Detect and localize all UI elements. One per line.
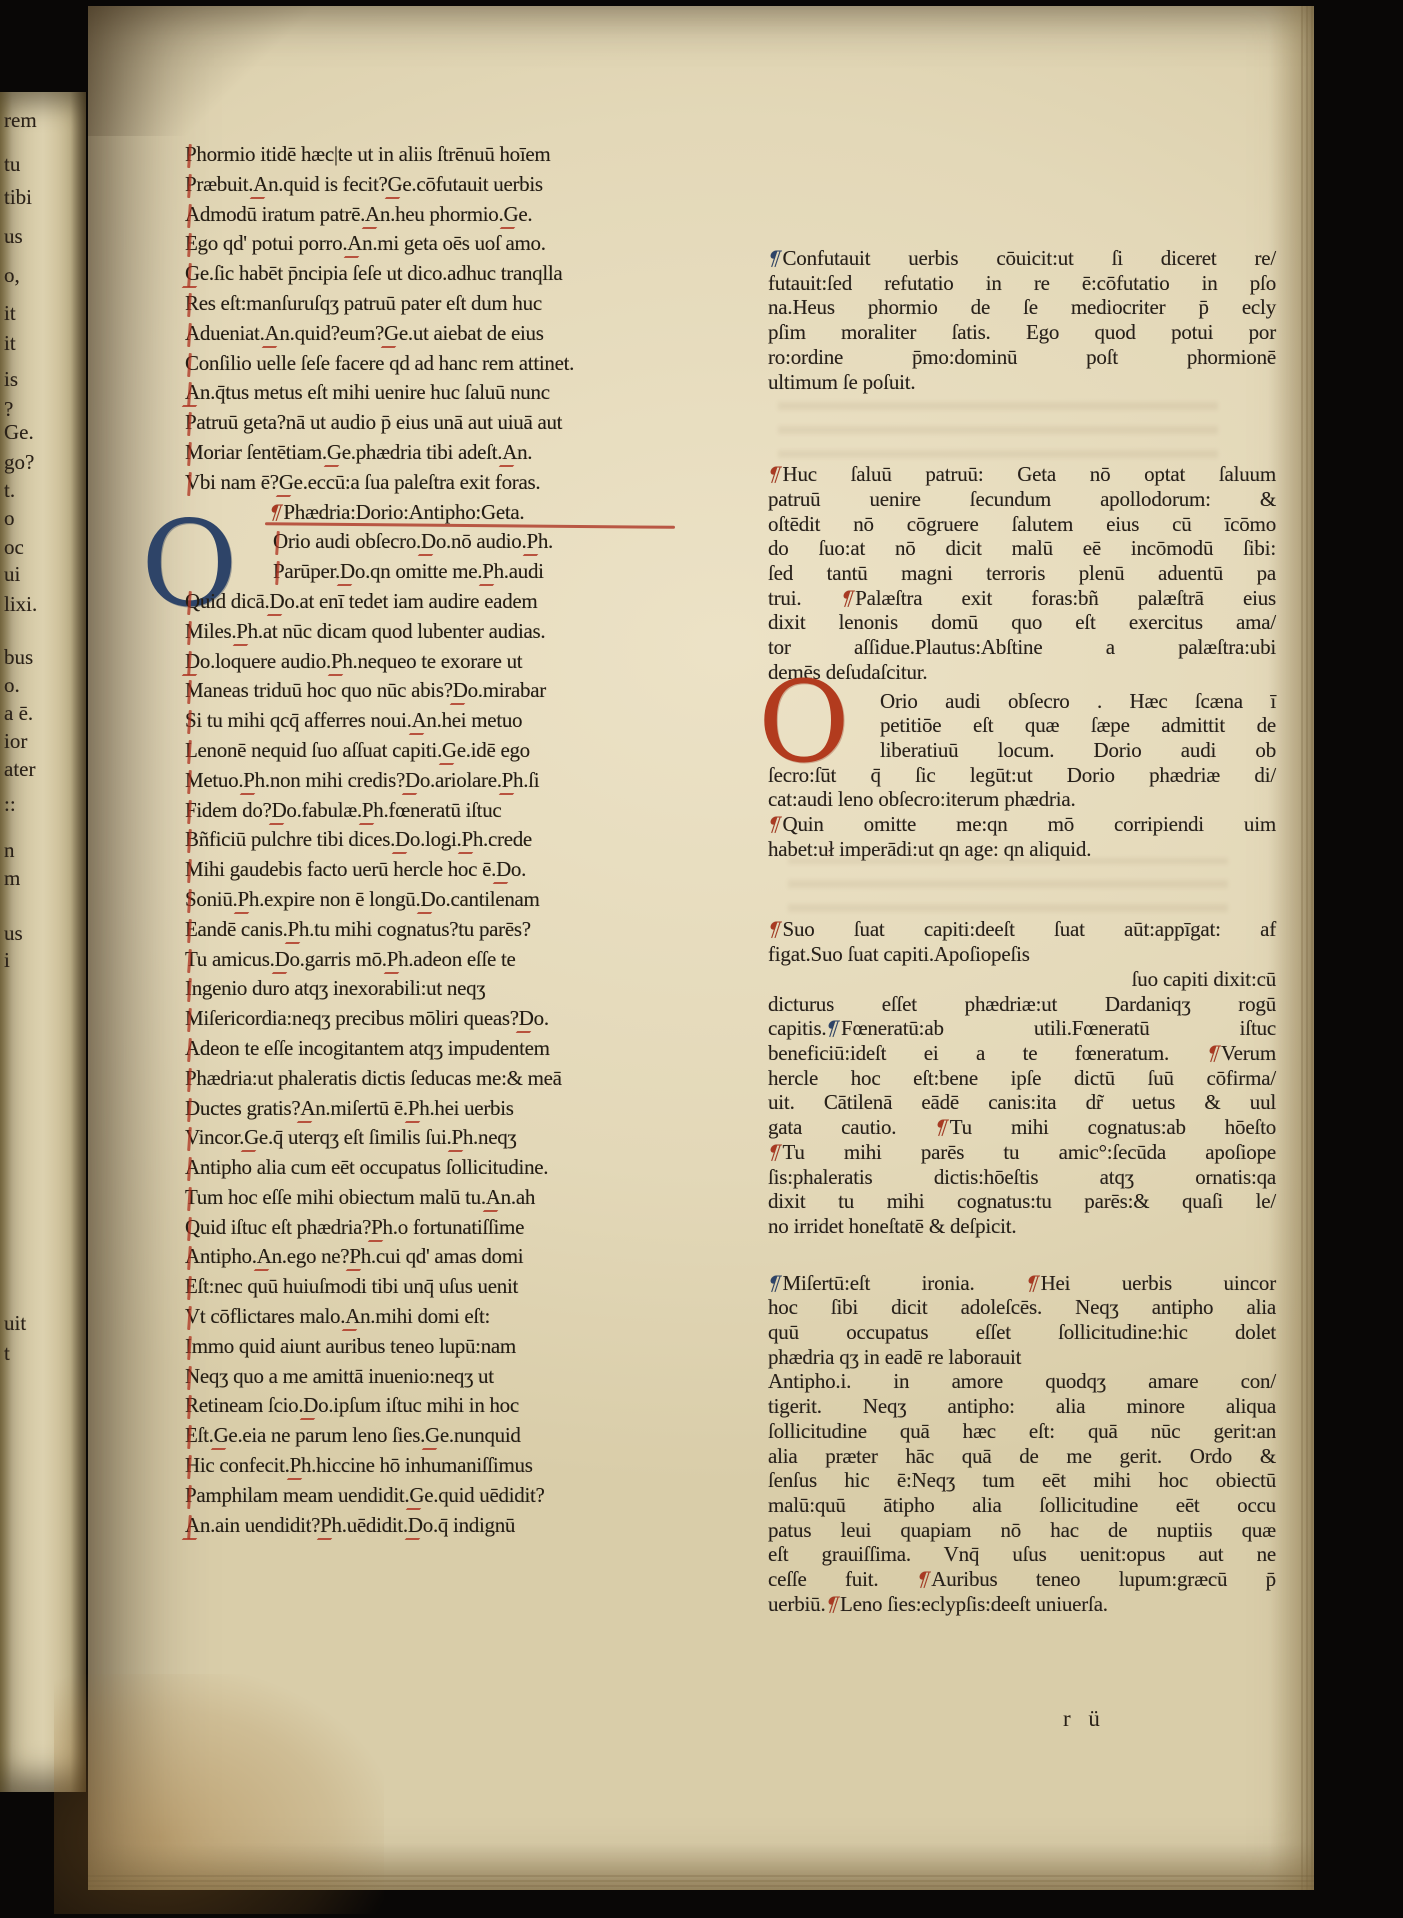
- text-line: Vbi nam ē?Ge.eccū:a ſua paleſtra exit fo…: [185, 468, 645, 498]
- speaker-abbreviation: Ge.: [185, 261, 214, 285]
- speaker-abbreviation: Do.: [519, 1006, 549, 1030]
- speaker-abbreviation: Ph.: [461, 827, 488, 851]
- text-line: eſt grauiſſima. Vnq̄ uſus uenit:opus aut…: [768, 1542, 1276, 1567]
- text-line: petitiōe eſt quæ ſæpe admittit de: [768, 713, 1276, 738]
- main-text-column: O Phormio itidē hæc|te ut in aliis ſtrēn…: [185, 140, 645, 1540]
- speaker-abbreviation: Ph.: [482, 559, 509, 583]
- paraph-mark: ¶: [764, 812, 785, 837]
- cut-off-text-fragment: is: [4, 367, 18, 392]
- text-line: tor aſſidue.Plautus:Abſtine a palæſtra:u…: [768, 635, 1276, 660]
- speaker-abbreviation: Ph.: [451, 1125, 478, 1149]
- speaker-abbreviation: An.: [502, 440, 532, 464]
- commentary-block: ¶Confutauit uerbis cōuicit:ut ſi diceret…: [768, 246, 1276, 394]
- text-line: uit. Cātilenā eādē canis:ita dr̃ uetus &…: [768, 1090, 1276, 1115]
- speaker-abbreviation: Ph.: [526, 529, 553, 553]
- text-line: Res eſt:manſuruſqʒ patruū pater eſt dum …: [185, 289, 645, 319]
- cut-off-text-fragment: Ge.: [4, 420, 34, 445]
- cut-off-text-fragment: m: [4, 866, 20, 891]
- speaker-abbreviation: Ph.: [387, 947, 414, 971]
- text-line: Eſt.Ge.eia ne parum leno ſies.Ge.nunquid: [185, 1421, 645, 1451]
- speaker-abbreviation: Do.: [275, 947, 305, 971]
- speaker-abbreviation: Ph.: [502, 768, 529, 792]
- text-line: Ego qd' potui porro.An.mi geta oēs uoſ a…: [185, 229, 645, 259]
- speaker-abbreviation: An.: [345, 1304, 375, 1328]
- text-line: hercle hoc eſt:bene ipſe dictū ſuū cōfir…: [768, 1066, 1276, 1091]
- cut-off-text-fragment: it: [4, 301, 16, 326]
- speaker-abbreviation: Ge.: [384, 321, 413, 345]
- speaker-abbreviation: Ph.: [362, 798, 389, 822]
- paraph-mark: ¶: [764, 1271, 785, 1296]
- commentary-block: ¶Miſertū:eſt ironia. ¶Hei uerbis uincorh…: [768, 1271, 1276, 1617]
- text-line: Si tu mihi qcq̄ afferres noui.An.hei met…: [185, 706, 645, 736]
- text-line: Eandē canis.Ph.tu mihi cognatus?tu parēs…: [185, 915, 645, 945]
- text-line: Immo quid aiunt auribus teneo lupū:nam: [185, 1332, 645, 1362]
- speaker-abbreviation: Do.: [405, 768, 435, 792]
- text-line: Ductes gratis?An.miſertū ē.Ph.hei uerbis: [185, 1094, 645, 1124]
- cut-off-text-fragment: ater: [4, 757, 35, 782]
- commentary-column: ¶Confutauit uerbis cōuicit:ut ſi diceret…: [768, 246, 1276, 1616]
- text-line: ¶Tu mihi parēs tu amic°:ſecūda apoſiope: [768, 1140, 1276, 1165]
- text-line: Metuo.Ph.non mihi credis?Do.ariolare.Ph.…: [185, 766, 645, 796]
- cut-off-text-fragment: tibi: [4, 185, 32, 210]
- text-line: alia præter hāc quā de me gerit. Ordo &: [768, 1444, 1276, 1469]
- text-line: ſenſus hic ē:Neqʒ tum eēt mihi hoc obiec…: [768, 1468, 1276, 1493]
- speaker-abbreviation: Do.: [303, 1393, 333, 1417]
- text-line: ¶Miſertū:eſt ironia. ¶Hei uerbis uincor: [768, 1271, 1276, 1296]
- speaker-abbreviation: An.: [412, 708, 442, 732]
- text-line: futauit:ſed refutatio in re ē:cōfutatio …: [768, 271, 1276, 296]
- gutter-corner-shadow: [88, 6, 328, 136]
- text-line: Admodū iratum patrē.An.heu phormio.Ge.: [185, 200, 645, 230]
- text-line: ¶Phædria:Dorio:Antipho:Geta.: [185, 498, 645, 528]
- paraph-mark: ¶: [822, 1016, 843, 1041]
- cut-off-text-fragment: o,: [4, 263, 20, 288]
- cut-off-text-fragment: t: [4, 1341, 10, 1366]
- text-line: Phormio itidē hæc|te ut in aliis ſtrēnuū…: [185, 140, 645, 170]
- speaker-abbreviation: An.: [347, 231, 377, 255]
- speaker-abbreviation: Ge.: [244, 1125, 273, 1149]
- speaker-abbreviation: Ph.: [236, 619, 263, 643]
- cut-off-text-fragment: a ē.: [4, 701, 33, 726]
- cut-off-text-fragment: ?: [4, 397, 13, 422]
- text-line: ro:ordine p̄mo:dominū poſt phormionē: [768, 345, 1276, 370]
- text-line: ſis:phaleratis dictis:hōeſtis atqʒ ornat…: [768, 1165, 1276, 1190]
- speaker-abbreviation: An.: [185, 380, 215, 404]
- cut-off-text-fragment: us: [4, 224, 23, 249]
- cut-off-text-fragment: ior: [4, 729, 27, 754]
- text-line: An.ain uendidit?Ph.uēdidit.Do.q̄ indignū: [185, 1511, 645, 1541]
- text-line: phædria qʒ in eadē re laborauit: [768, 1345, 1276, 1370]
- text-line: Bñficiū pulchre tibi dices.Do.logi.Ph.cr…: [185, 825, 645, 855]
- paraph-mark: ¶: [764, 917, 785, 942]
- quire-signature: r ü: [1063, 1706, 1106, 1732]
- incunable-book-scan: remtutibiuso,ititis?Ge.go?t.oocuilixi.bu…: [0, 0, 1403, 1918]
- text-line: Orio audi obſecro.Do.nō audio.Ph.: [185, 527, 645, 557]
- text-line: Antipho.i. in amore quodqʒ amare con/: [768, 1369, 1276, 1394]
- speaker-abbreviation: Ge.: [409, 1483, 438, 1507]
- text-line: malū:quū ātipho alia ſollicitudine eēt o…: [768, 1493, 1276, 1518]
- cut-off-text-fragment: o: [4, 506, 15, 531]
- paraph-mark: ¶: [764, 1140, 785, 1165]
- text-line: patus leui quapiam nō hac de nuptiis quæ: [768, 1518, 1276, 1543]
- text-line: no irridet honeſtatē & deſpicit.: [768, 1214, 1276, 1239]
- text-line: capitis.¶Fœneratū:ab utili.Fœneratū iſtu…: [768, 1016, 1276, 1041]
- paraph-mark: ¶: [1202, 1041, 1223, 1066]
- speaker-abbreviation: Ph.: [331, 649, 358, 673]
- speaker-abbreviation: Do.: [420, 887, 450, 911]
- text-line: figat.Suo ſuat capiti.Apoſiopeſis: [768, 942, 1276, 967]
- cut-off-text-fragment: ::: [4, 792, 16, 817]
- text-line: Patruū geta?nā ut audio p̄ eius unā aut …: [185, 408, 645, 438]
- text-line: Mihi gaudebis facto uerū hercle hoc ē.Do…: [185, 855, 645, 885]
- paraph-mark: ¶: [1022, 1271, 1043, 1296]
- text-line: ¶Confutauit uerbis cōuicit:ut ſi diceret…: [768, 246, 1276, 271]
- speaker-abbreviation: Ge.: [503, 202, 532, 226]
- text-line: ¶Huc ſaluū patruū: Geta nō optat ſaluum: [768, 462, 1276, 487]
- speaker-abbreviation: Do.: [272, 798, 302, 822]
- speaker-abbreviation: Do.: [496, 857, 526, 881]
- text-line: Hic confecit.Ph.hiccine hō inhumaniſſimu…: [185, 1451, 645, 1481]
- text-line: cat:audi leno obſecro:iterum phædria.: [768, 787, 1276, 812]
- text-line: ¶Quin omitte me:qn mō corripiendi uim: [768, 812, 1276, 837]
- text-line: beneficiū:ideſt ei a te fœneratum. ¶Veru…: [768, 1041, 1276, 1066]
- speaker-abbreviation: Ph.: [349, 1244, 376, 1268]
- speaker-abbreviation: Ph.: [408, 1096, 435, 1120]
- cut-off-text-fragment: t.: [4, 478, 15, 503]
- speaker-abbreviation: Ge.: [327, 440, 356, 464]
- speaker-abbreviation: An.: [265, 321, 295, 345]
- cut-off-text-fragment: n: [4, 838, 15, 863]
- text-line: Quid iſtuc eſt phædria?Ph.o fortunatiſſi…: [185, 1213, 645, 1243]
- paraph-mark: ¶: [913, 1567, 934, 1592]
- text-line: Pamphilam meam uendidit.Ge.quid uēdidit?: [185, 1481, 645, 1511]
- speaker-abbreviation: An.: [300, 1096, 330, 1120]
- cut-off-text-fragment: uit: [4, 1311, 26, 1336]
- text-line: Do.loquere audio.Ph.nequeo te exorare ut: [185, 647, 645, 677]
- speaker-abbreviation: An.: [257, 1244, 287, 1268]
- paraph-mark: ¶: [764, 246, 785, 271]
- speaker-abbreviation: Do.: [270, 589, 300, 613]
- commentary-block: ¶Huc ſaluū patruū: Geta nō optat ſaluump…: [768, 462, 1276, 684]
- speaker-abbreviation: Ge.: [425, 1423, 454, 1447]
- paraph-mark: ¶: [837, 586, 858, 611]
- text-line: dicturus eſſet phædriæ:ut Dardaniqʒ rogū: [768, 992, 1276, 1017]
- text-line: gata cautio. ¶Tu mihi cognatus:ab hōeſto: [768, 1115, 1276, 1140]
- text-line: trui. ¶Palæſtra exit foras:bñ palæſtrā e…: [768, 586, 1276, 611]
- speaker-abbreviation: Do.: [408, 1513, 438, 1537]
- cut-off-text-fragment: tu: [4, 152, 20, 177]
- commentary-block: ¶Quin omitte me:qn mō corripiendi uimhab…: [768, 812, 1276, 861]
- text-line: Soniū.Ph.expire non ē longū.Do.cantilena…: [185, 885, 645, 915]
- cut-off-text-fragment: us: [4, 921, 23, 946]
- text-line: Retineam ſcio.Do.ipſum iſtuc mihi in hoc: [185, 1391, 645, 1421]
- text-line: Miſericordia:neqʒ precibus mōliri queas?…: [185, 1004, 645, 1034]
- text-line: Antipho.An.ego ne?Ph.cui qd' amas domi: [185, 1242, 645, 1272]
- cut-off-text-fragment: o.: [4, 673, 20, 698]
- text-line: dixit tu mihi cognatus:tu parēs:& quaſi …: [768, 1189, 1276, 1214]
- text-line: Orio audi obſecro . Hæc ſcæna ī: [768, 689, 1276, 714]
- paraph-mark: ¶: [764, 462, 785, 487]
- text-line: Miles.Ph.at nūc dicam quod lubenter audi…: [185, 617, 645, 647]
- page: O Phormio itidē hæc|te ut in aliis ſtrēn…: [88, 6, 1314, 1890]
- speaker-abbreviation: Ge.: [214, 1423, 243, 1447]
- cut-off-text-fragment: i: [4, 948, 10, 973]
- speaker-abbreviation: Do.: [340, 559, 370, 583]
- speaker-abbreviation: Do.: [453, 678, 483, 702]
- speaker-abbreviation: Do.: [421, 529, 451, 553]
- text-line: Phædria:ut phaleratis dictis ſeducas me:…: [185, 1064, 645, 1094]
- speaker-abbreviation: Ph.: [237, 887, 264, 911]
- cut-off-text-fragment: lixi.: [4, 592, 37, 617]
- text-line: Adueniat.An.quid?eum?Ge.ut aiebat de eiu…: [185, 319, 645, 349]
- text-line: liberatiuū locum. Dorio audi ob: [768, 738, 1276, 763]
- cut-off-text-fragment: it: [4, 331, 16, 356]
- text-line: Parūper.Do.qn omitte me.Ph.audi: [185, 557, 645, 587]
- text-line: Quid dicā.Do.at enī tedet iam audire ead…: [185, 587, 645, 617]
- text-line: Ge.ſic habēt p̄ncipia ſeſe ut dico.adhuc…: [185, 259, 645, 289]
- speaker-abbreviation: Ph.: [320, 1513, 347, 1537]
- speaker-abbreviation: An.: [253, 172, 283, 196]
- text-line: hoc ſibi dicit adoleſcēs. Neqʒ antipho a…: [768, 1295, 1276, 1320]
- speaker-abbreviation: Ge.: [442, 738, 471, 762]
- speaker-abbreviation: Ph.: [288, 917, 315, 941]
- commentary-block: O Orio audi obſecro . Hæc ſcæna īpetitiō…: [768, 689, 1276, 813]
- text-line: Tum hoc eſſe mihi obiectum malū tu.An.ah: [185, 1183, 645, 1213]
- speaker-abbreviation: Do.: [395, 827, 425, 851]
- paraph-mark: ¶: [264, 498, 286, 528]
- cut-off-text-fragment: ui: [4, 562, 20, 587]
- cut-off-text-fragment: oc: [4, 535, 24, 560]
- text-line: Neqʒ quo a me amittā inuenio:neqʒ ut: [185, 1362, 645, 1392]
- text-line: tigerit. Neqʒ antipho: alia minore aliqu…: [768, 1394, 1276, 1419]
- text-line: Fidem do?Do.fabulæ.Ph.fœneratū iſtuc: [185, 796, 645, 826]
- text-line: ¶Suo ſuat capiti:deeſt ſuat aūt:appīgat:…: [768, 917, 1276, 942]
- text-line: habet:uł imperādi:ut qn age: qn aliquid.: [768, 837, 1276, 862]
- text-line: na.Heus phormio de ſe mediocriter p̄ ecl…: [768, 295, 1276, 320]
- commentary-block: ¶Suo ſuat capiti:deeſt ſuat aūt:appīgat:…: [768, 917, 1276, 1238]
- speaker-abbreviation: Do.: [185, 649, 215, 673]
- text-line: ſuo capiti dixit:cū: [768, 967, 1276, 992]
- speaker-abbreviation: Ph.: [290, 1453, 317, 1477]
- speaker-abbreviation: Ph.: [371, 1215, 398, 1239]
- text-line: quū occupatus eſſet ſollicitudine:hic do…: [768, 1320, 1276, 1345]
- text-line: ſed tantū magni terroris plenū aduentū p…: [768, 561, 1276, 586]
- text-line: do ſuo:at nō dicit malū eē incōmodū ſibi…: [768, 536, 1276, 561]
- text-line: dixit lenonis domū quo eſt exercitus ama…: [768, 610, 1276, 635]
- text-line: oſtēdit nō cōgruere ſalutem eius cū īcōm…: [768, 512, 1276, 537]
- text-line: uerbiū.¶Leno ſies:eclypſis:deeſt uniuerſ…: [768, 1592, 1276, 1617]
- text-line: ſollicitudine quā hæc eſt: quā nūc gerit…: [768, 1419, 1276, 1444]
- text-line: Eſt:nec quū huiuſmodi tibi unq̄ uſus uen…: [185, 1272, 645, 1302]
- speaker-abbreviation: An.: [185, 1513, 215, 1537]
- text-line: Conſilio uelle ſeſe facere qd ad hanc re…: [185, 349, 645, 379]
- cut-off-text-fragment: bus: [4, 645, 33, 670]
- facing-page-edge: remtutibiuso,ititis?Ge.go?t.oocuilixi.bu…: [0, 92, 86, 1792]
- speaker-abbreviation: An.: [486, 1185, 516, 1209]
- speaker-abbreviation: Ph.: [243, 768, 270, 792]
- parchment-stain: [54, 1674, 384, 1914]
- text-line: patruū uenire ſecundum apollodorum: &: [768, 487, 1276, 512]
- paraph-mark: ¶: [821, 1592, 842, 1617]
- text-line: Ingenio duro atqʒ inexorabili:ut neqʒ: [185, 974, 645, 1004]
- text-line: Præbuit.An.quid is fecit?Ge.cōfutauit ue…: [185, 170, 645, 200]
- speaker-abbreviation: An.: [365, 202, 395, 226]
- text-line: An.q̄tus metus eſt mihi uenire huc ſaluū…: [185, 378, 645, 408]
- text-line: Tu amicus.Do.garris mō.Ph.adeon eſſe te: [185, 945, 645, 975]
- text-line: pſim moraliter ſatis. Ego quod potui por: [768, 320, 1276, 345]
- speaker-abbreviation: Ge.: [279, 470, 308, 494]
- text-line: Lenonē nequid ſuo aſſuat capiti.Ge.idē e…: [185, 736, 645, 766]
- paraph-mark: ¶: [931, 1115, 952, 1140]
- text-line: ceſſe fuit. ¶Auribus teneo lupum:græcū p…: [768, 1567, 1276, 1592]
- cut-off-text-fragment: go?: [4, 450, 34, 475]
- text-line: Maneas triduū hoc quo nūc abis?Do.miraba…: [185, 676, 645, 706]
- speaker-abbreviation: Ge.: [388, 172, 417, 196]
- text-line: ſecro:ſūt q̄ ſic legūt:ut Dorio phædriæ …: [768, 763, 1276, 788]
- text-line: ultimum ſe poſuit.: [768, 370, 1276, 395]
- text-line: Adeon te eſſe incogitantem atqʒ impudent…: [185, 1034, 645, 1064]
- text-line: Moriar ſentētiam.Ge.phædria tibi adeſt.A…: [185, 438, 645, 468]
- cut-off-text-fragment: rem: [4, 108, 37, 133]
- text-line: Vincor.Ge.q̄ uterqʒ eſt ſimilis ſui.Ph.n…: [185, 1123, 645, 1153]
- text-line: Vt cōflictares malo.An.mihi domi eſt:: [185, 1302, 645, 1332]
- text-line: Antipho alia cum eēt occupatus ſollicitu…: [185, 1153, 645, 1183]
